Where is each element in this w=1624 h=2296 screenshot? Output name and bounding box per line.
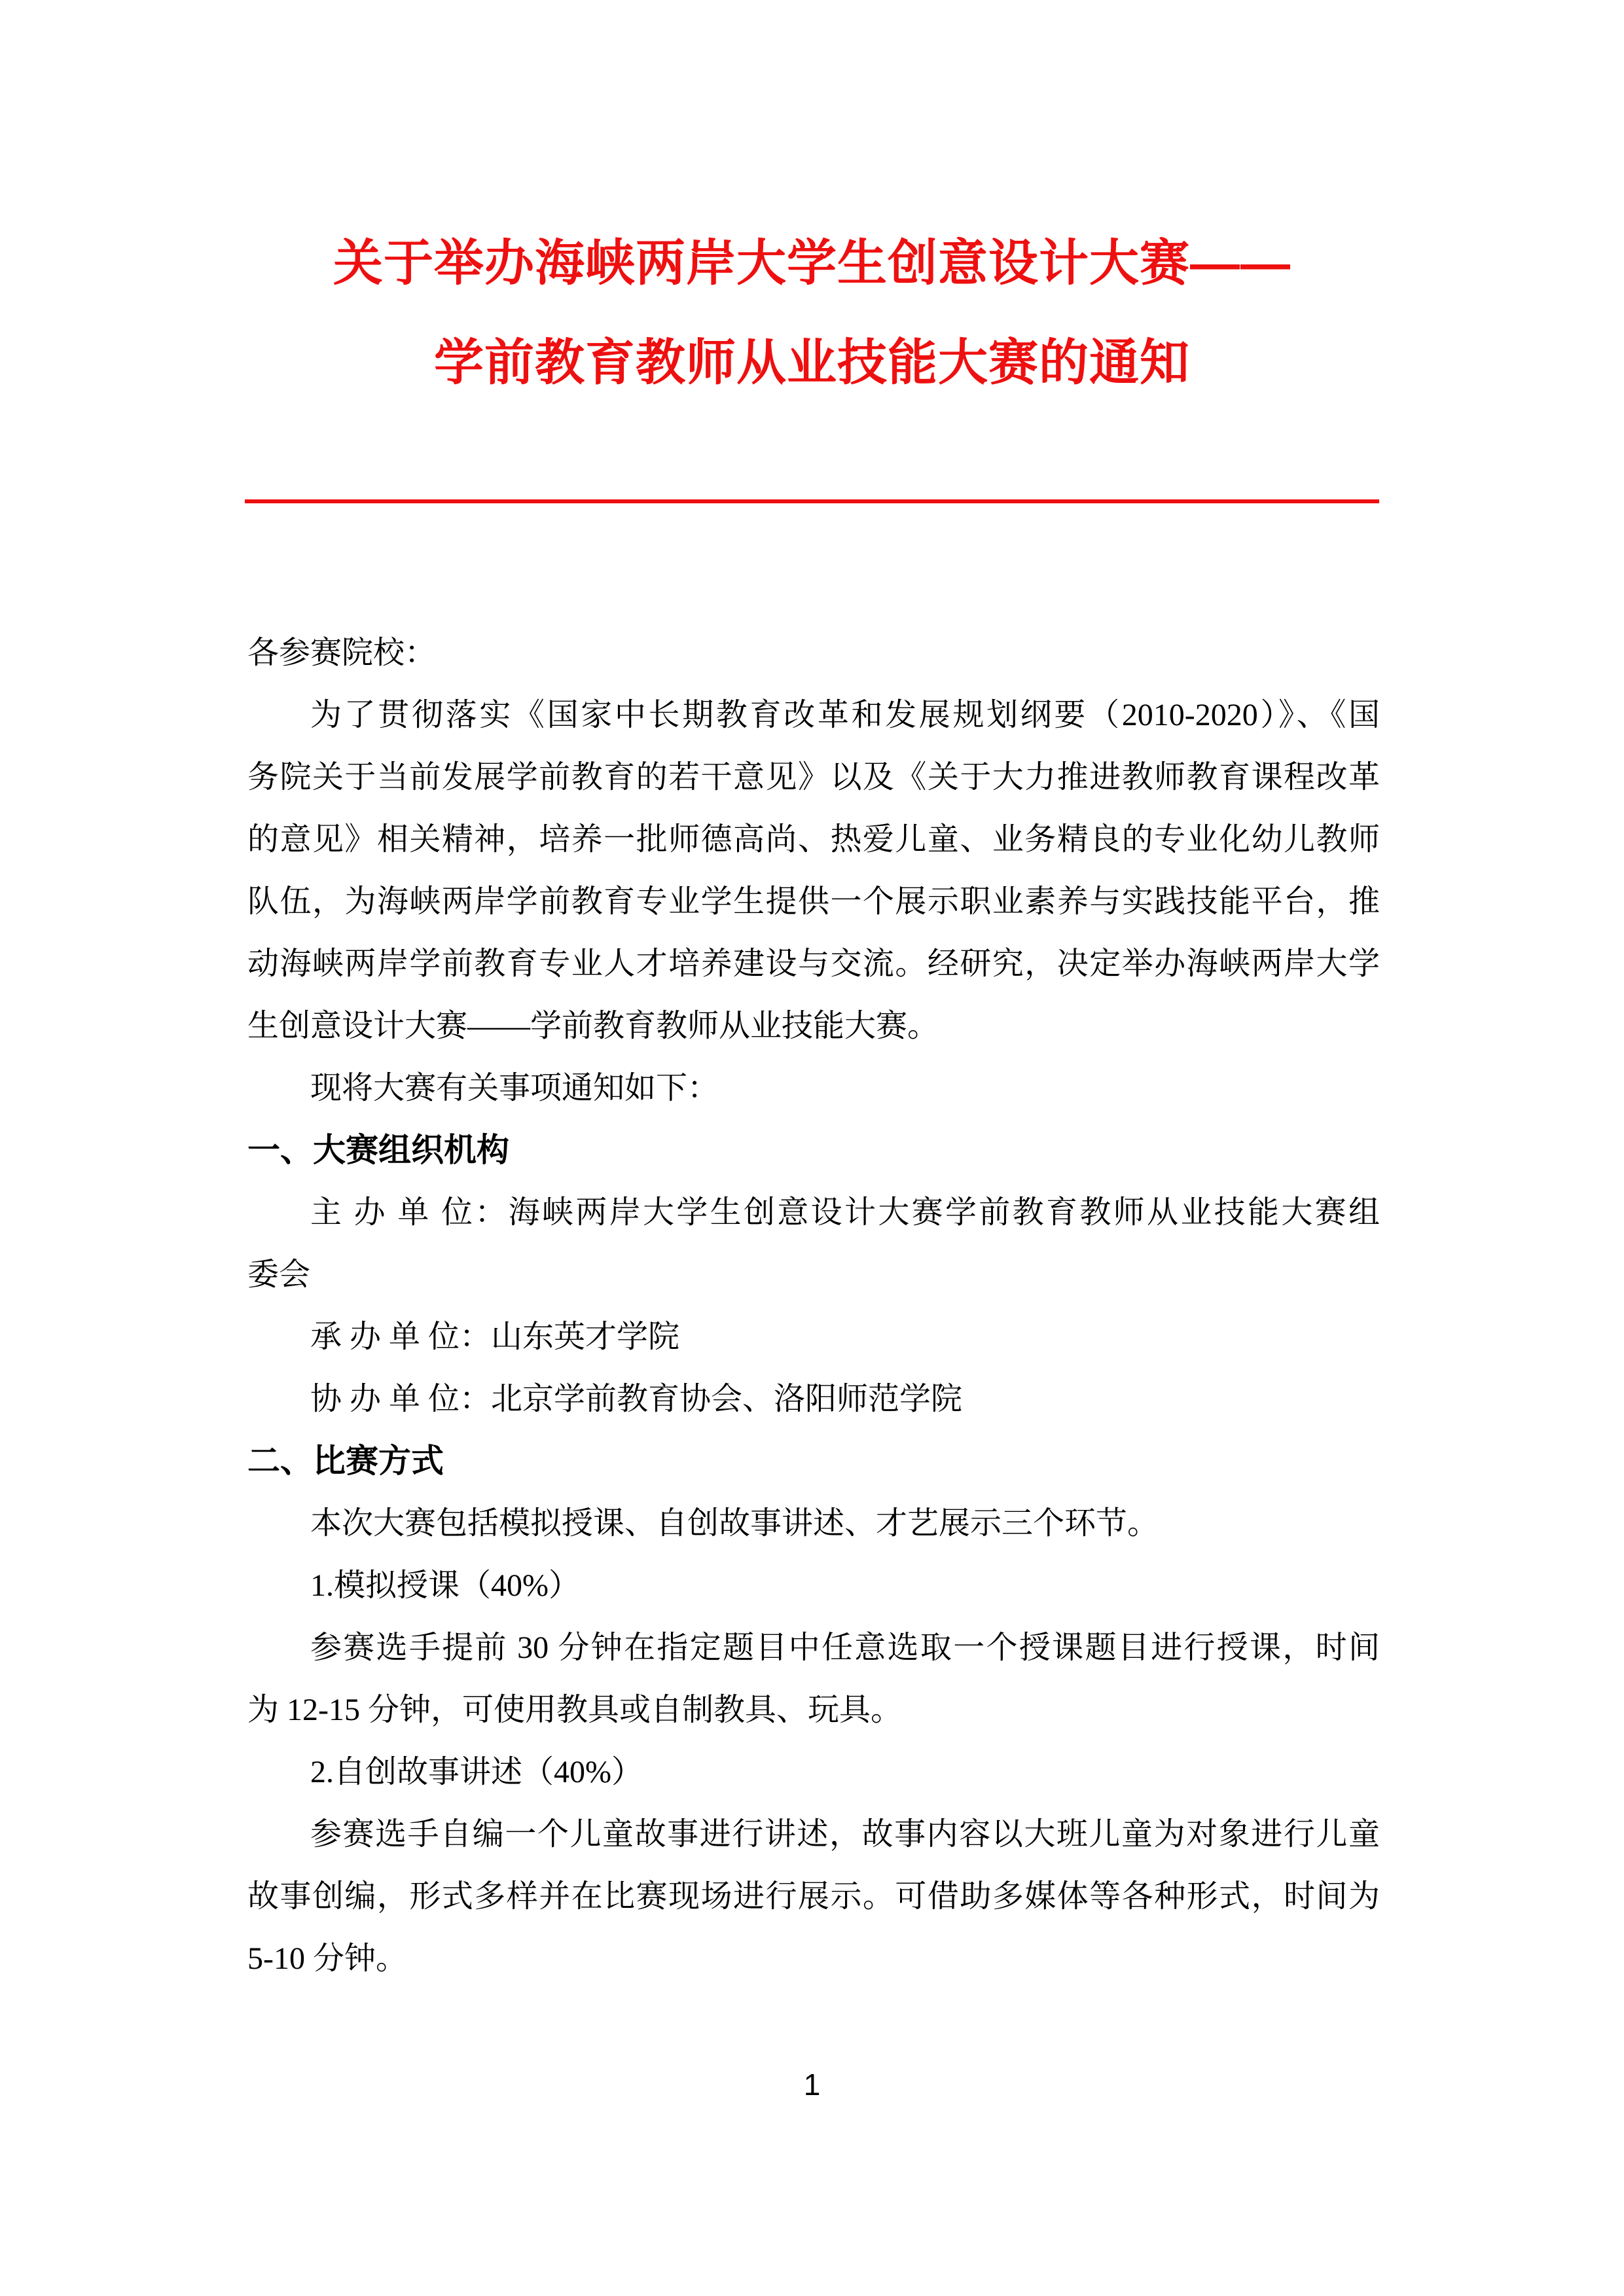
document-page: 关于举办海峡两岸大学生创意设计大赛—— 学前教育教师从业技能大赛的通知 各参赛院… bbox=[0, 0, 1624, 2296]
co-organizer-line: 协 办 单 位：北京学前教育协会、洛阳师范学院 bbox=[247, 1368, 1380, 1430]
host-line: 承 办 单 位：山东英才学院 bbox=[247, 1306, 1380, 1368]
body-line: 队伍，为海峡两岸学前教育专业学生提供一个展示职业素养与实践技能平台，推 bbox=[247, 870, 1380, 933]
title-divider-rule bbox=[245, 499, 1379, 503]
document-body: 各参赛院校： 为了贯彻落实《国家中长期教育改革和发展规划纲要（2010-2020… bbox=[247, 622, 1380, 1990]
body-line: 本次大赛包括模拟授课、自创故事讲述、才艺展示三个环节。 bbox=[247, 1492, 1380, 1554]
body-line: 为了贯彻落实《国家中长期教育改革和发展规划纲要（2010-2020）》、《国 bbox=[247, 684, 1380, 746]
body-line: 故事创编，形式多样并在比赛现场进行展示。可借助多媒体等各种形式，时间为 bbox=[247, 1865, 1380, 1928]
organizer-line-continuation: 委会 bbox=[247, 1244, 1380, 1306]
body-line: 参赛选手自编一个儿童故事进行讲述，故事内容以大班儿童为对象进行儿童 bbox=[247, 1803, 1380, 1865]
section-heading-1: 一、大赛组织机构 bbox=[247, 1119, 1380, 1181]
title-line-1: 关于举办海峡两岸大学生创意设计大赛—— bbox=[0, 214, 1624, 314]
body-line: 务院关于当前发展学前教育的若干意见》以及《关于大力推进教师教育课程改革 bbox=[247, 746, 1380, 808]
list-item-1: 1.模拟授课（40%） bbox=[247, 1554, 1380, 1617]
body-line: 动海峡两岸学前教育专业人才培养建设与交流。经研究，决定举办海峡两岸大学 bbox=[247, 933, 1380, 995]
section-heading-2: 二、比赛方式 bbox=[247, 1430, 1380, 1492]
body-line: 参赛选手提前 30 分钟在指定题目中任意选取一个授课题目进行授课，时间 bbox=[247, 1617, 1380, 1679]
organizer-line: 主 办 单 位：海峡两岸大学生创意设计大赛学前教育教师从业技能大赛组 bbox=[247, 1181, 1380, 1244]
body-line: 为 12-15 分钟，可使用教具或自制教具、玩具。 bbox=[247, 1679, 1380, 1741]
list-item-2: 2.自创故事讲述（40%） bbox=[247, 1741, 1380, 1803]
salutation-line: 各参赛院校： bbox=[247, 622, 1380, 684]
title-line-2: 学前教育教师从业技能大赛的通知 bbox=[0, 314, 1624, 413]
body-line: 的意见》相关精神，培养一批师德高尚、热爱儿童、业务精良的专业化幼儿教师 bbox=[247, 808, 1380, 870]
body-line: 现将大赛有关事项通知如下： bbox=[247, 1057, 1380, 1119]
body-line: 生创意设计大赛——学前教育教师从业技能大赛。 bbox=[247, 995, 1380, 1057]
page-number: 1 bbox=[0, 2068, 1624, 2101]
document-title: 关于举办海峡两岸大学生创意设计大赛—— 学前教育教师从业技能大赛的通知 bbox=[0, 214, 1624, 413]
body-line: 5-10 分钟。 bbox=[247, 1928, 1380, 1990]
